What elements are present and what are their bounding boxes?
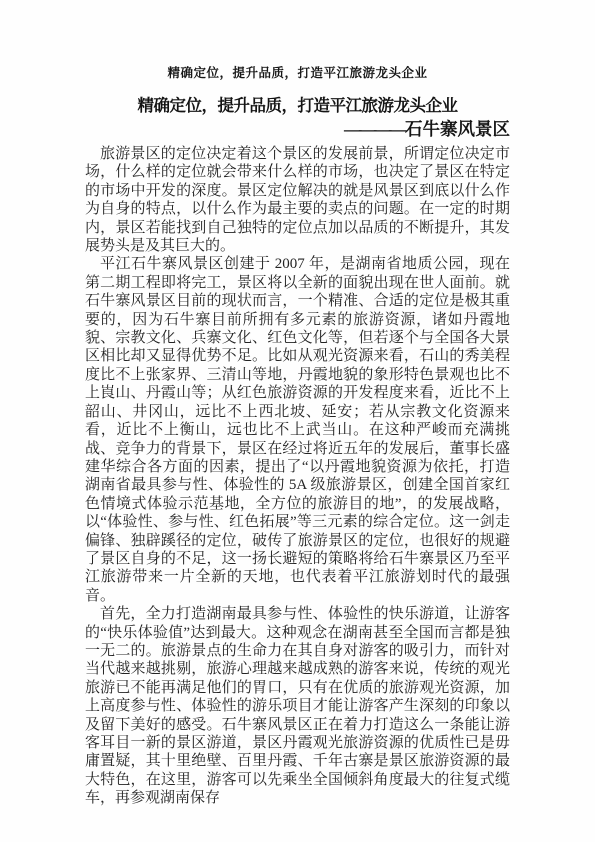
page-content: 精确定位，提升品质，打造平江旅游龙头企业 精确定位，提升品质，打造平江旅游龙头企… bbox=[85, 66, 510, 808]
paragraph-1: 旅游景区的定位决定着这个景区的发展前景，所谓定位决定市场，什么样的定位就会带来什… bbox=[85, 145, 510, 255]
byline: ————石牛寨风景区 bbox=[85, 119, 510, 140]
paragraph-2: 平江石牛寨风景区创建于 2007 年，是湖南省地质公园，现在第二期工程即将完工，… bbox=[85, 255, 510, 605]
running-header: 精确定位，提升品质，打造平江旅游龙头企业 bbox=[85, 66, 510, 81]
document-page: 精确定位，提升品质，打造平江旅游龙头企业 精确定位，提升品质，打造平江旅游龙头企… bbox=[0, 0, 595, 842]
byline-dash: ———— bbox=[344, 119, 404, 139]
doc-title: 精确定位，提升品质，打造平江旅游龙头企业 bbox=[85, 95, 510, 116]
paragraph-3: 首先，全力打造湖南最具参与性、体验性的快乐游道，让游客的“快乐体验值”达到最大。… bbox=[85, 605, 510, 807]
doc-body: 旅游景区的定位决定着这个景区的发展前景，所谓定位决定市场，什么样的定位就会带来什… bbox=[85, 145, 510, 808]
byline-author: 石牛寨风景区 bbox=[405, 119, 510, 139]
